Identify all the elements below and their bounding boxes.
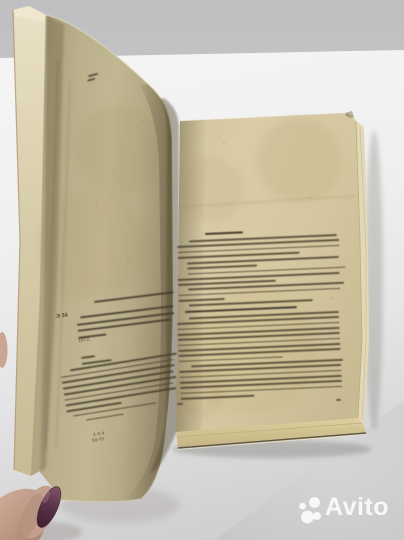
page-number-right bbox=[336, 399, 341, 401]
right-page-list bbox=[177, 256, 347, 311]
page-number-left bbox=[177, 403, 183, 405]
avito-watermark: Avito bbox=[297, 492, 389, 524]
book-listing-photo: Э 34 1972. 2-3-4 59-70 Avito bbox=[0, 0, 404, 540]
right-page-body bbox=[177, 311, 345, 403]
finger-sliver bbox=[0, 332, 8, 368]
avito-logo-icon bbox=[297, 492, 322, 524]
avito-watermark-text: Avito bbox=[325, 495, 389, 520]
